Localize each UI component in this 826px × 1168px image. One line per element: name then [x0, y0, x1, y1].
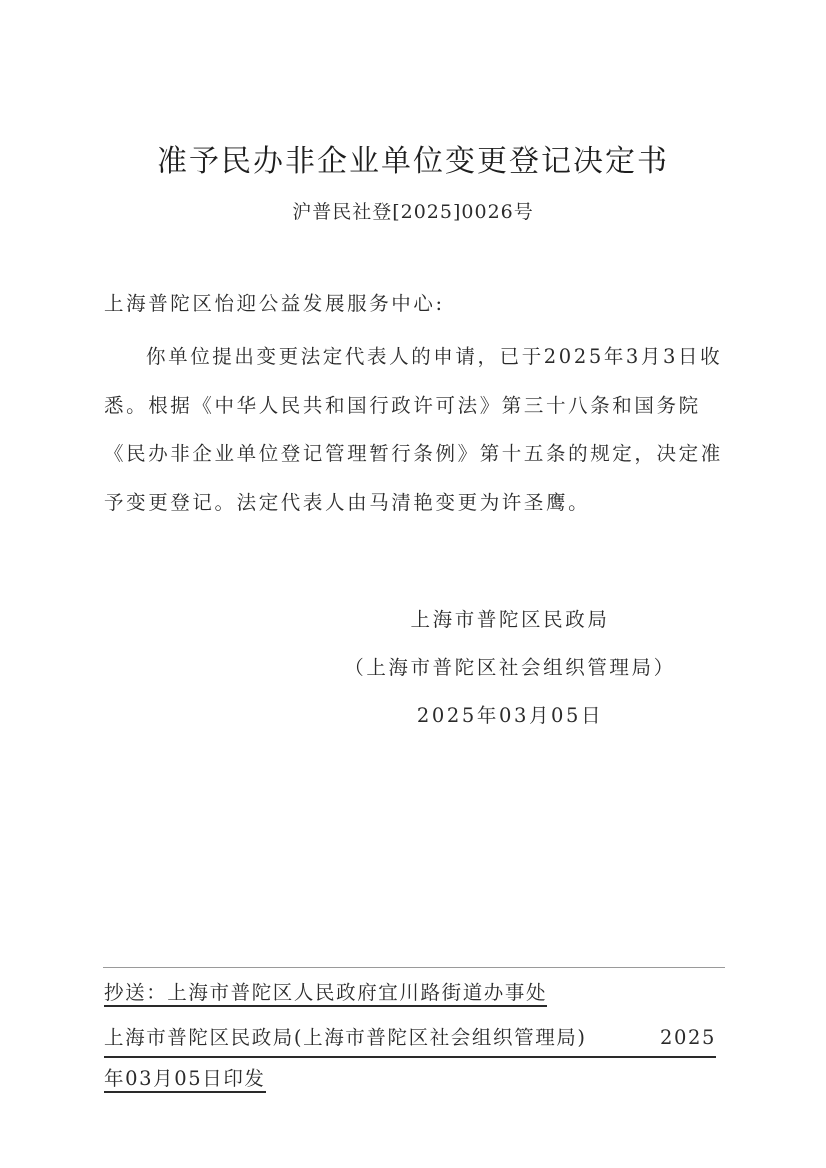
body-line: 悉。根据《中华人民共和国行政许可法》第三十八条和国务院 — [104, 382, 724, 431]
document-number: 沪普民社登[2025]0026号 — [0, 197, 826, 227]
cc-line-recipients: 抄送：上海市普陀区人民政府宜川路街道办事处 — [104, 972, 716, 1014]
issue-date: 2025年03月05日 — [340, 692, 680, 740]
recipient: 上海普陀区怡迎公益发展服务中心: — [104, 289, 445, 319]
cc-print-date: 年03月05日印发 — [104, 1067, 266, 1093]
cc-line-issuer: 上海市普陀区民政局(上海市普陀区社会组织管理局) 2025 — [104, 1020, 716, 1058]
body-line: 予变更登记。法定代表人由马清艳变更为许圣鹰。 — [104, 479, 724, 528]
body-line: 《民办非企业单位登记管理暂行条例》第十五条的规定，决定准 — [104, 430, 724, 479]
body-line: 你单位提出变更法定代表人的申请，已于2025年3月3日收 — [104, 333, 724, 382]
signature-block: 上海市普陀区民政局 （上海市普陀区社会组织管理局） 2025年03月05日 — [340, 596, 680, 740]
cc-line-date: 年03月05日印发 — [104, 1058, 716, 1100]
document-body: 你单位提出变更法定代表人的申请，已于2025年3月3日收 悉。根据《中华人民共和… — [104, 333, 724, 527]
issuer-name: 上海市普陀区民政局 — [340, 596, 680, 644]
cc-issuer: 上海市普陀区民政局(上海市普陀区社会组织管理局) — [104, 1020, 587, 1056]
separator-rule — [103, 967, 725, 968]
document-title: 准予民办非企业单位变更登记决定书 — [0, 140, 826, 184]
issuer-alias: （上海市普陀区社会组织管理局） — [340, 644, 680, 692]
cc-recipients: 抄送：上海市普陀区人民政府宜川路街道办事处 — [104, 981, 547, 1007]
cc-block: 抄送：上海市普陀区人民政府宜川路街道办事处 上海市普陀区民政局(上海市普陀区社会… — [104, 972, 716, 1100]
cc-year: 2025 — [660, 1020, 716, 1056]
document-page: 准予民办非企业单位变更登记决定书 沪普民社登[2025]0026号 上海普陀区怡… — [0, 0, 826, 1168]
